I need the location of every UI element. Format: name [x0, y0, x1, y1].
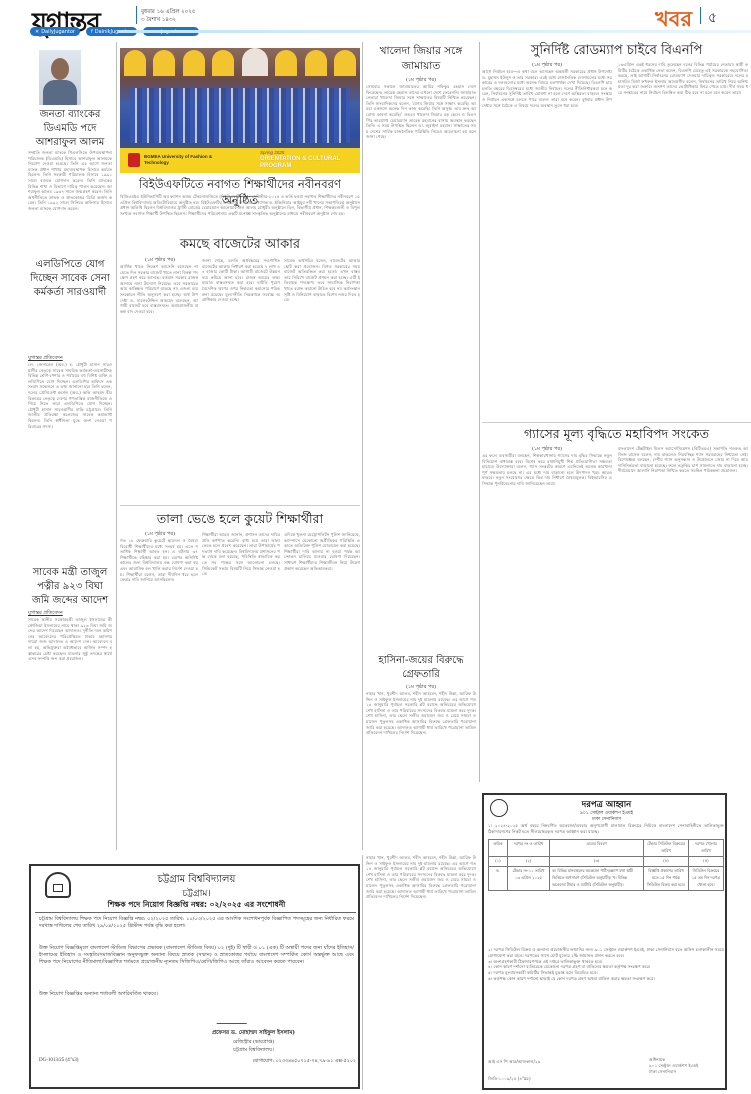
tender-table-col-numbers: (১) (২) (৩) (৪) (৫): [489, 857, 724, 867]
headline-khaleda: খালেদা জিয়ার সঙ্গে জামায়াত: [366, 44, 476, 74]
headline-hasina: হাসিনা-জয়ের বিরুদ্ধে গ্রেফতারি: [366, 654, 476, 682]
portrait-photo-ashraful: [39, 50, 81, 105]
cu-signatory-org: চট্টগ্রাম বিশ্ববিদ্যালয়।: [151, 1047, 356, 1055]
cu-contact: যোগাযোগ: ০২৩৩৪৪৫০৭১৫-৭৪,৭৯-৯১ এক্স-৫২০২: [181, 1058, 356, 1066]
body-ldp: লে. জেনারেল (অব.) হ. চৌধুরী হাসান সারওয়…: [28, 362, 112, 558]
body-janata: সম্প্রতি জনতা ব্যাংকে পিএলসিতে উপব্যবস্থ…: [28, 150, 112, 250]
body-khaleda: সোমবার সকালে জামায়াতের আমির শফিকুর রহমা…: [366, 84, 476, 644]
tender-note: ২। দরপত্র সিডিউল বিক্রয় ও অন্যান্য প্রয…: [488, 947, 724, 959]
body-roadmap-col1: আগে নির্বাচন হবে—এ কথা বলে আসছেন অন্তর্ব…: [482, 69, 612, 419]
orientation-banner: BGMEA University of Fashion & Technology…: [120, 148, 360, 173]
cu-para-3: উক্ত নিয়োগ বিজ্ঞপ্তির অন্যান্য শর্তাবলী…: [39, 991, 354, 998]
table-row: ক. টেন্ডার নং-১১ তারিখ ০৩ এপ্রিল ২০২৫ ক।…: [489, 867, 724, 891]
headline-janata: জনতা ব্যাংকের ডিএমডি পদে আশরাফুল আলম: [28, 108, 112, 150]
tender-footer-right: অধিনায়ক ৯০১ সেন্ট্রাল ওয়ার্কশপ ইএমই ঢা…: [649, 1057, 725, 1075]
portrait-head: [51, 58, 69, 80]
headline-tajul: সাবেক মন্ত্রী তাজুল পত্নীর ৯২৩ বিঘা জমি …: [28, 566, 112, 608]
body-budget-col3: সাবেক অর্থসচিব বলেন, বাজেটের আকার ছোট কর…: [284, 258, 360, 502]
banner-brand: BGMEA University of Fashion & Technology: [144, 154, 214, 165]
x-icon: ✕: [35, 29, 39, 35]
cu-signature: [217, 1006, 252, 1024]
body-kuet-col1: গত ১৮ ফেব্রুয়ারি কুয়েটে ছাত্রদল ও বৈষম…: [120, 538, 198, 846]
body-gas-col1: এর ফলে ব্যবসায়ীরা বলছেন, শিল্পকারখানায়…: [482, 453, 612, 783]
section-rule: [482, 422, 751, 423]
body-budget-col1: আর্থিক খাতে নিয়ন্ত্রণ আসেনি বলেছেন না য…: [120, 264, 198, 502]
date-line: বুধবার ১৬ এপ্রিল ২০২৫ ৩ বৈশাখ ১৪৩২: [141, 8, 195, 24]
facebook-icon: f: [91, 29, 93, 35]
body-hasina: নাহার খান, খুরশীদ আলম, শহীদ আহমেদ, শহীদ …: [366, 691, 476, 851]
cu-para-1: চট্টগ্রাম বিশ্ববিদ্যালয় শিক্ষক পদে নিয়…: [39, 916, 354, 930]
tender-sub-2: ঢাকা সেনানিবাস: [484, 816, 729, 823]
cu-city: চট্টগ্রাম।: [31, 886, 362, 901]
column-rule: [362, 855, 363, 1090]
column-rule: [116, 42, 117, 850]
masthead-divider: [136, 6, 137, 24]
body-hasina-continued: নাহার খান, খুরশীদ আলম, শহীদ আহমেদ, শহীদ …: [366, 855, 476, 1090]
cu-title-rule: [35, 912, 356, 913]
body-kuet-col2: শিক্ষার্থীরা আরও জানান, প্রশাসন তাদের দা…: [202, 532, 280, 846]
body-tajul: সাবেক স্থানীয় সরকারমন্ত্রী তাজুল ইসলামে…: [28, 617, 112, 847]
buft-logo-icon: [128, 153, 140, 167]
tender-table-header: ক্রমিক দরপত্র নং ও তারিখ দ্রব্যের বিবরণ …: [489, 840, 724, 857]
date-bangla: ৩ বৈশাখ ১৪৩২: [141, 16, 195, 24]
banner-program: ORIENTATION & CULTURAL PROGRAM: [260, 156, 350, 170]
section-divider: [700, 7, 701, 24]
tender-table-wrap: ক্রমিক দরপত্র নং ও তারিখ দ্রব্যের বিবরণ …: [488, 839, 724, 891]
body-roadmap-col2: ১৬এপ্রিল একই ধরনের দাবি তুলেছেন দলের বিভ…: [618, 62, 748, 419]
headline-kuet: তালা ভেঙে হলে কুয়েট শিক্ষার্থীরা: [120, 510, 360, 528]
masthead: যুগান্তর বুধবার ১৬ এপ্রিল ২০২৫ ৩ বৈশাখ ১…: [0, 0, 751, 36]
ad-cu-recruitment: চট্টগ্রাম বিশ্ববিদ্যালয় চট্টগ্রাম। শিক্…: [29, 864, 360, 1089]
social-link-x[interactable]: ✕DailyJugantor: [30, 27, 80, 36]
tender-notes: ২। দরপত্র সিডিউল বিক্রয় ও অন্যান্য প্রয…: [488, 947, 724, 982]
cu-signatory-title: রেজিস্ট্রার (ভারপ্রাপ্ত): [151, 1039, 356, 1047]
headline-gas: গ্যাসের মূল্য বৃদ্ধিতে মহাবিপদ সংকেত: [482, 425, 751, 443]
column-rule: [479, 42, 480, 782]
body-gas-col2: বাংলাদেশ টেক্সটাইল মিলস অ্যাসোসিয়েশন (ব…: [618, 446, 748, 783]
column-rule: [362, 42, 363, 850]
cu-signatory-name: প্রফেসর ড. মোহাম্মদ সাইফুল ইসলাম): [151, 1030, 356, 1038]
body-buft: বিজিএমইএ ইউনিভার্সিটি অব ফ্যাশন অ্যান্ড …: [120, 194, 360, 230]
buft-orientation-photo: BGMEA University of Fashion & Technology…: [120, 48, 360, 173]
cu-ad-ref: DG-1013/25 (4"x3): [39, 1058, 78, 1063]
page-number: ৫: [708, 6, 717, 30]
cu-para-2: উক্ত নিয়োগ বিজ্ঞপ্তিমূলে বাংলাদেশ স্টাড…: [39, 945, 354, 966]
newspaper-logo: যুগান্তর: [32, 2, 100, 46]
headline-budget: কমছে বাজেটের আকার: [120, 236, 360, 254]
body-budget-col2: জানা গেছে, চলতি অর্থবছরের সংশোধিত বাজেটে…: [202, 258, 280, 502]
banner-season: Spring 2025: [260, 150, 284, 155]
date-gregorian: বুধবার ১৬ এপ্রিল ২০২৫: [141, 8, 195, 16]
headline-roadmap: সুনির্দিষ্ট রোডম্যাপ চাইবে বিএনপি: [482, 42, 751, 60]
guest-portraits-strip: [120, 48, 360, 76]
section-title: খবর: [655, 3, 692, 38]
cu-ad-title: শিক্ষক পদে নিয়োগ বিজ্ঞপ্তি নম্বর: ০২/২০…: [31, 900, 362, 912]
ad-tender-notice: দরপত্র আহ্বান ৯০১ সেন্ট্রাল ওয়ার্কশপ ইএ…: [482, 793, 727, 1090]
body-kuet-col3: এদিকে খুলনা মেট্রোপলিটন পুলিশ জানিয়েছে,…: [284, 532, 360, 846]
tender-footer-left: আই এস পি আর/আজকাল/২৯: [488, 1059, 540, 1066]
audience-seats: [130, 88, 350, 143]
headline-ldp: এলডিপিতে যোগ দিচ্ছেন সাবেক সেনা কর্মকর্ত…: [28, 258, 112, 300]
portrait-body: [43, 80, 77, 105]
tender-intro: ১। ২০২৪-২০২৫ অর্থ বছরে নিম্নবর্ণিত অকেজো…: [488, 823, 724, 834]
tender-note: ৬। কর্তৃপক্ষ কোন কারণ দর্শানো ছাড়াই যে …: [488, 976, 724, 982]
tender-table: ক্রমিক দরপত্র নং ও তারিখ দ্রব্যের বিবরণ …: [488, 839, 724, 891]
section-rule: [120, 505, 360, 506]
tender-footer-ref: জিডি-১০০৯/২৫ (৪"x৫): [488, 1076, 531, 1083]
